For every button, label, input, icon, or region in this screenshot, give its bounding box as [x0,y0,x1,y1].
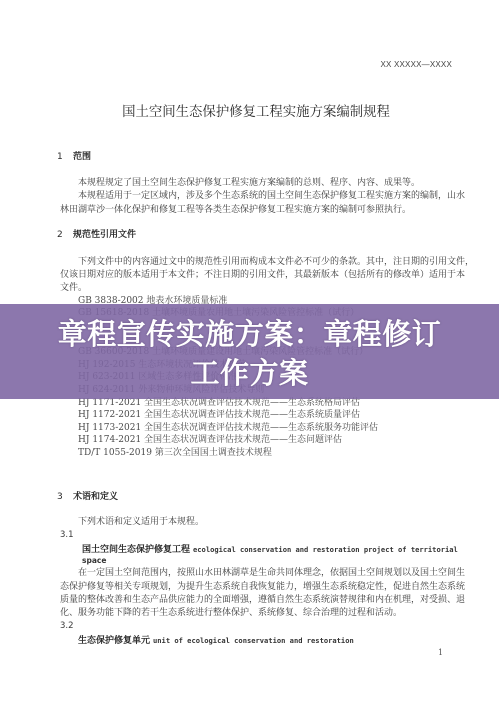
term-entry: 生态保护修复单元unit of ecological conservation … [78,635,354,647]
paragraph-line: 文件。 [60,282,87,294]
definition-line: 化、服务功能下降的若干生态系统进行整体保护、系统修复、综合治理的过程和活动。 [60,607,402,619]
section-3-heading: 3术语和定义 [57,491,118,503]
reference-item: HJ 1173-2021 全国生态状况调查评估技术规范——生态系统服务功能评估 [78,422,378,434]
paragraph-line: 本规程规定了国土空间生态保护修复工程实施方案编制的总则、程序、内容、成果等。 [78,177,420,189]
section-title: 规范性引用文件 [73,230,136,240]
page-number: 1 [438,647,443,659]
headline-line-1: 章程宣传实施方案：章程修订 [0,317,499,351]
paragraph-line: 林田湖草沙一体化保护和修复工程等各类生态保护修复工程实施方案的编制可参照执行。 [60,204,411,216]
term-number: 3.2 [60,620,74,632]
document-title: 国土空间生态保护修复工程实施方案编制规程 [0,104,499,122]
section-1-heading: 1范围 [57,151,91,163]
term-chinese: 生态保护修复单元 [78,636,150,646]
definition-line: 在一定国土空间范围内，按照山水田林湖草是生命共同体理念，依据国土空间规划以及国土… [78,567,465,579]
section-title: 术语和定义 [73,492,118,502]
section-title: 范围 [73,152,91,162]
reference-item: HJ 1172-2021 全国生态状况调查评估技术规范——生态系统质量评估 [78,409,360,421]
term-english: ecological conservation and restoration … [193,545,458,554]
headline-line-2: 工作方案 [0,356,499,390]
paragraph-line: 下列文件中的内容通过文中的规范性引用而构成本文件必不可少的条款。其中，注日期的引… [78,256,474,268]
paragraph-line: 本规程适用于一定区域内，涉及多个生态系统的国土空间生态保护修复工程实施方案的编制… [78,190,465,202]
term-english: unit of ecological conservation and rest… [153,636,354,645]
reference-item: TD/T 1055-2019 第三次全国国土调查技术规程 [78,447,272,459]
paragraph-line: 仅该日期对应的版本适用于本文件；不注日期的引用文件，其最新版本（包括所有的修改单… [60,269,465,281]
definition-line: 质量的整体改善和生态产品供应能力的全面增强，遵循自然生态系统演替规律和内在机理，… [60,594,465,606]
section-number: 1 [57,151,73,163]
section-number: 2 [57,229,73,241]
section-number: 3 [57,491,73,503]
term-entry: 国土空间生态保护修复工程ecological conservation and … [82,544,458,556]
term-number: 3.1 [60,529,74,541]
section-2-heading: 2规范性引用文件 [57,229,136,241]
paragraph-line: 下列术语和定义适用于本规程。 [78,516,204,528]
term-chinese: 国土空间生态保护修复工程 [82,545,190,555]
document-code: XX XXXXX—XXXX [380,59,452,71]
definition-line: 态保护修复等相关专项规划，为提升生态系统自我恢复能力，增强生态系统稳定性，促进自… [60,581,465,593]
term-english-continued: space [82,555,106,567]
reference-item: HJ 1174-2021 全国生态状况调查评估技术规范——生态问题评估 [78,434,342,446]
